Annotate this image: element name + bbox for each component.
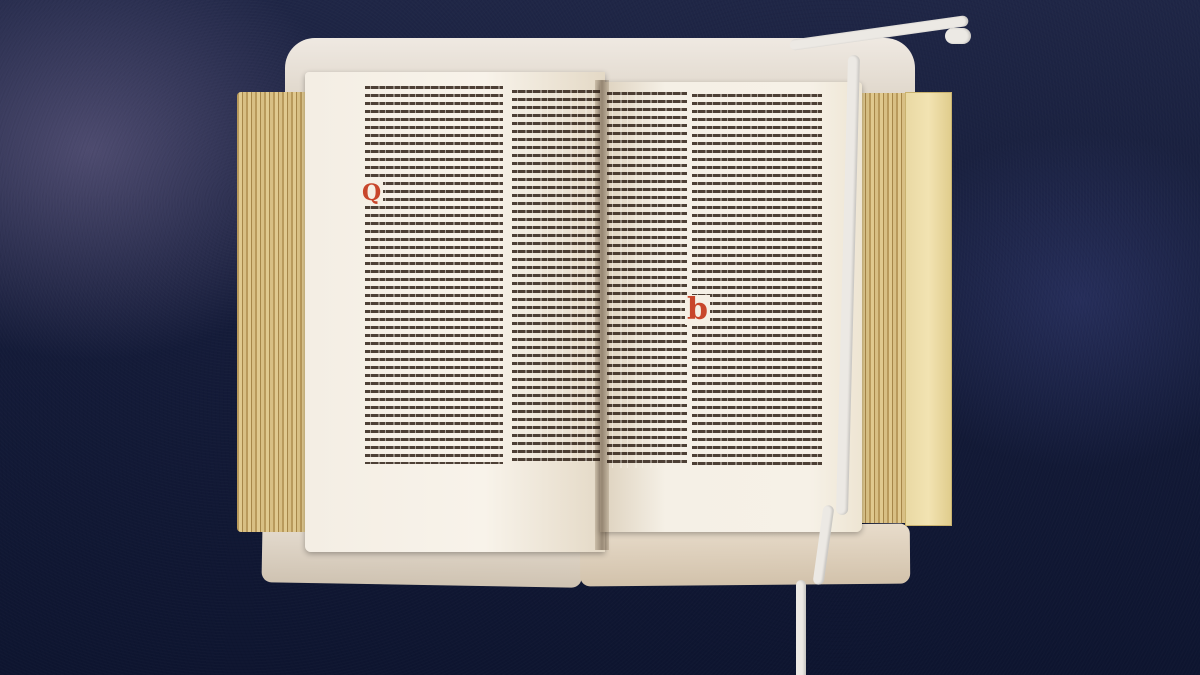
cushion-bottom-right [580,524,911,587]
page-edges-left [237,92,312,532]
rubricated-initial-b: b [685,295,710,325]
text-column-1 [365,86,503,464]
cord-knot [945,28,971,44]
cord-end [796,580,806,675]
text-column-2 [512,90,600,462]
manuscript-scene: Q b [0,0,1200,675]
text-column-4 [692,94,822,470]
book-cover-right [905,92,952,526]
text-column-3 [607,92,687,468]
rubricated-initial-q: Q [360,182,383,204]
